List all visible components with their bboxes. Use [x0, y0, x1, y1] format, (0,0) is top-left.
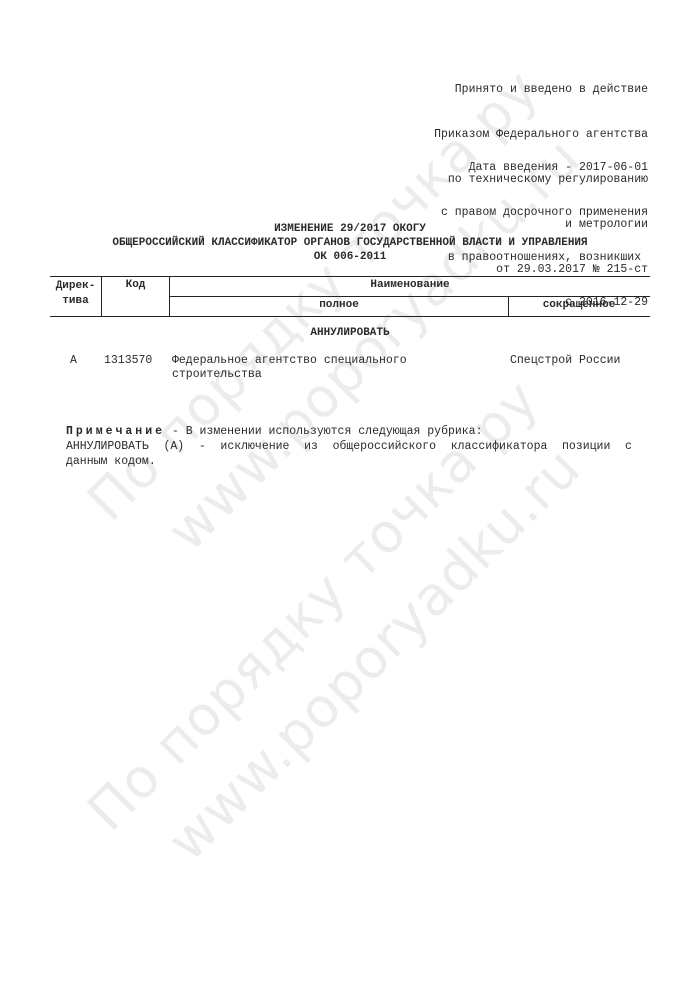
row-full-name-line1: Федеральное агентство специального [172, 354, 462, 368]
note-line1-text: В изменении используются следующая рубри… [186, 425, 483, 438]
section-label: АННУЛИРОВАТЬ [50, 327, 650, 339]
row-code: 1313570 [104, 354, 152, 368]
header-name: Наименование [170, 277, 650, 297]
note-word: классификатора [451, 439, 548, 454]
header-name-group: Наименование полное сокращенное [170, 277, 650, 316]
note-word: - [199, 439, 206, 454]
note-line-1: Примечание - В изменении используются сл… [66, 424, 632, 439]
title-line-2: ОБЩЕРОССИЙСКИЙ КЛАССИФИКАТОР ОРГАНОВ ГОС… [50, 236, 650, 250]
introduction-line: с правом досрочного применения [441, 205, 648, 220]
row-full-name: Федеральное агентство специального строи… [172, 354, 462, 382]
title-line-1: ИЗМЕНЕНИЕ 29/2017 ОКОГУ [50, 222, 650, 236]
note-line-3: данным кодом. [66, 454, 632, 469]
header-short: сокращенное [508, 296, 650, 316]
header-full: полное [170, 296, 509, 316]
note-word: (А) [163, 439, 184, 454]
note-line-2: АННУЛИРОВАТЬ (А) - исключение из общерос… [66, 439, 632, 454]
row-full-name-line2: строительства [172, 368, 462, 382]
header-directive-line1: Дирек- [50, 279, 101, 294]
note-word: из [304, 439, 318, 454]
header-directive: Дирек- тива [50, 277, 102, 316]
watermark-text-4: www.poporyadku.ru [155, 436, 592, 873]
note-word: с [625, 439, 632, 454]
note-word: общероссийского [333, 439, 437, 454]
note-word: исключение [220, 439, 289, 454]
document-title: ИЗМЕНЕНИЕ 29/2017 ОКОГУ ОБЩЕРОССИЙСКИЙ К… [50, 222, 650, 264]
row-short-name: Спецстрой России [510, 354, 620, 368]
row-directive: А [70, 354, 77, 368]
note-word: АННУЛИРОВАТЬ [66, 439, 149, 454]
note-block: Примечание - В изменении используются сл… [66, 424, 632, 469]
document-page: По порядку точка ру www.poporyadku.ru По… [0, 0, 700, 990]
header-directive-line2: тива [50, 294, 101, 309]
note-title: Примечание [66, 425, 165, 438]
title-line-3: ОК 006-2011 [50, 250, 650, 264]
note-dash: - [165, 425, 186, 438]
table-header: Дирек- тива Код Наименование полное сокр… [50, 276, 650, 317]
note-word: позиции [562, 439, 610, 454]
header-code: Код [102, 277, 170, 316]
approval-line: Принято и введено в действие [434, 82, 648, 97]
introduction-line: Дата введения - 2017-06-01 [441, 160, 648, 175]
